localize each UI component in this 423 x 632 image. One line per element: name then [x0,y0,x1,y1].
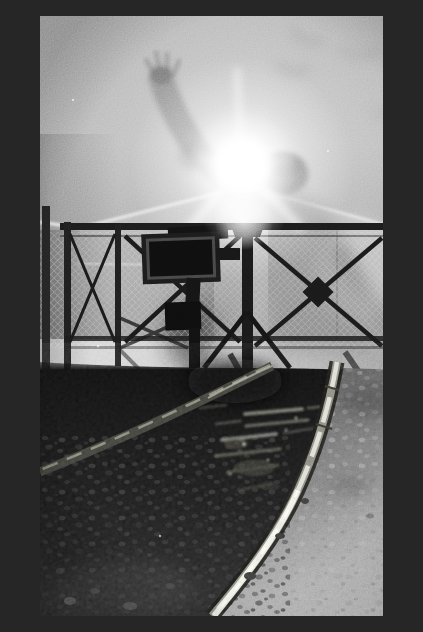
photograph [40,16,383,616]
gravel-grain-overlay [40,356,383,616]
photo-canvas [40,16,383,616]
